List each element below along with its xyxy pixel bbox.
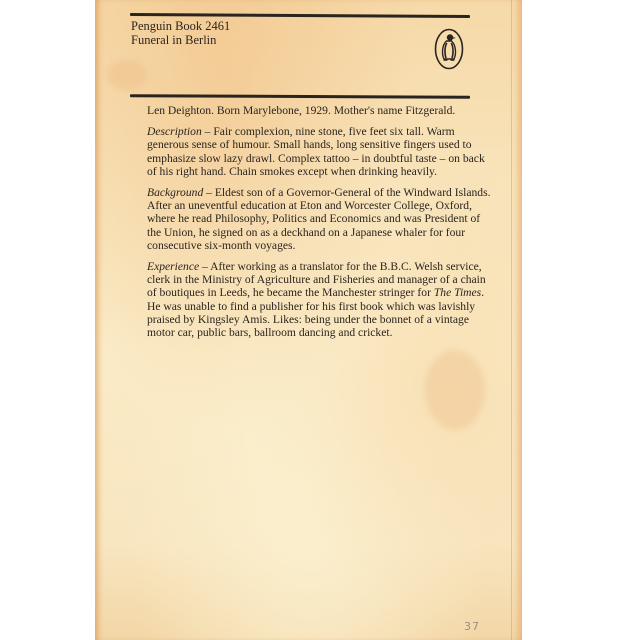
section-label: Description <box>147 125 202 138</box>
newspaper-title: The Times <box>434 286 481 299</box>
bio-experience: Experience – After working as a translat… <box>147 260 492 339</box>
book-header: Penguin Book 2461 Funeral in Berlin <box>131 19 230 47</box>
bio-description: Description – Fair complexion, nine ston… <box>147 125 492 178</box>
author-bio: Len Deighton. Born Marylebone, 1929. Mot… <box>147 104 492 347</box>
book-title: Funeral in Berlin <box>131 33 230 47</box>
series-line: Penguin Book 2461 <box>131 19 230 33</box>
bio-intro: Len Deighton. Born Marylebone, 1929. Mot… <box>147 104 492 117</box>
paper-stain <box>425 350 485 430</box>
top-rule <box>130 13 470 18</box>
book-back-cover: Penguin Book 2461 Funeral in Berlin Len … <box>95 0 522 640</box>
cover-edge-line <box>511 0 512 640</box>
section-label: Experience <box>147 260 199 273</box>
bio-background: Background – Eldest son of a Governor-Ge… <box>147 186 492 252</box>
section-label: Background <box>147 186 203 199</box>
section-rule <box>130 94 470 98</box>
paper-stain <box>107 60 147 90</box>
penguin-logo-icon <box>434 28 464 70</box>
pencil-mark: 37 <box>464 620 480 633</box>
